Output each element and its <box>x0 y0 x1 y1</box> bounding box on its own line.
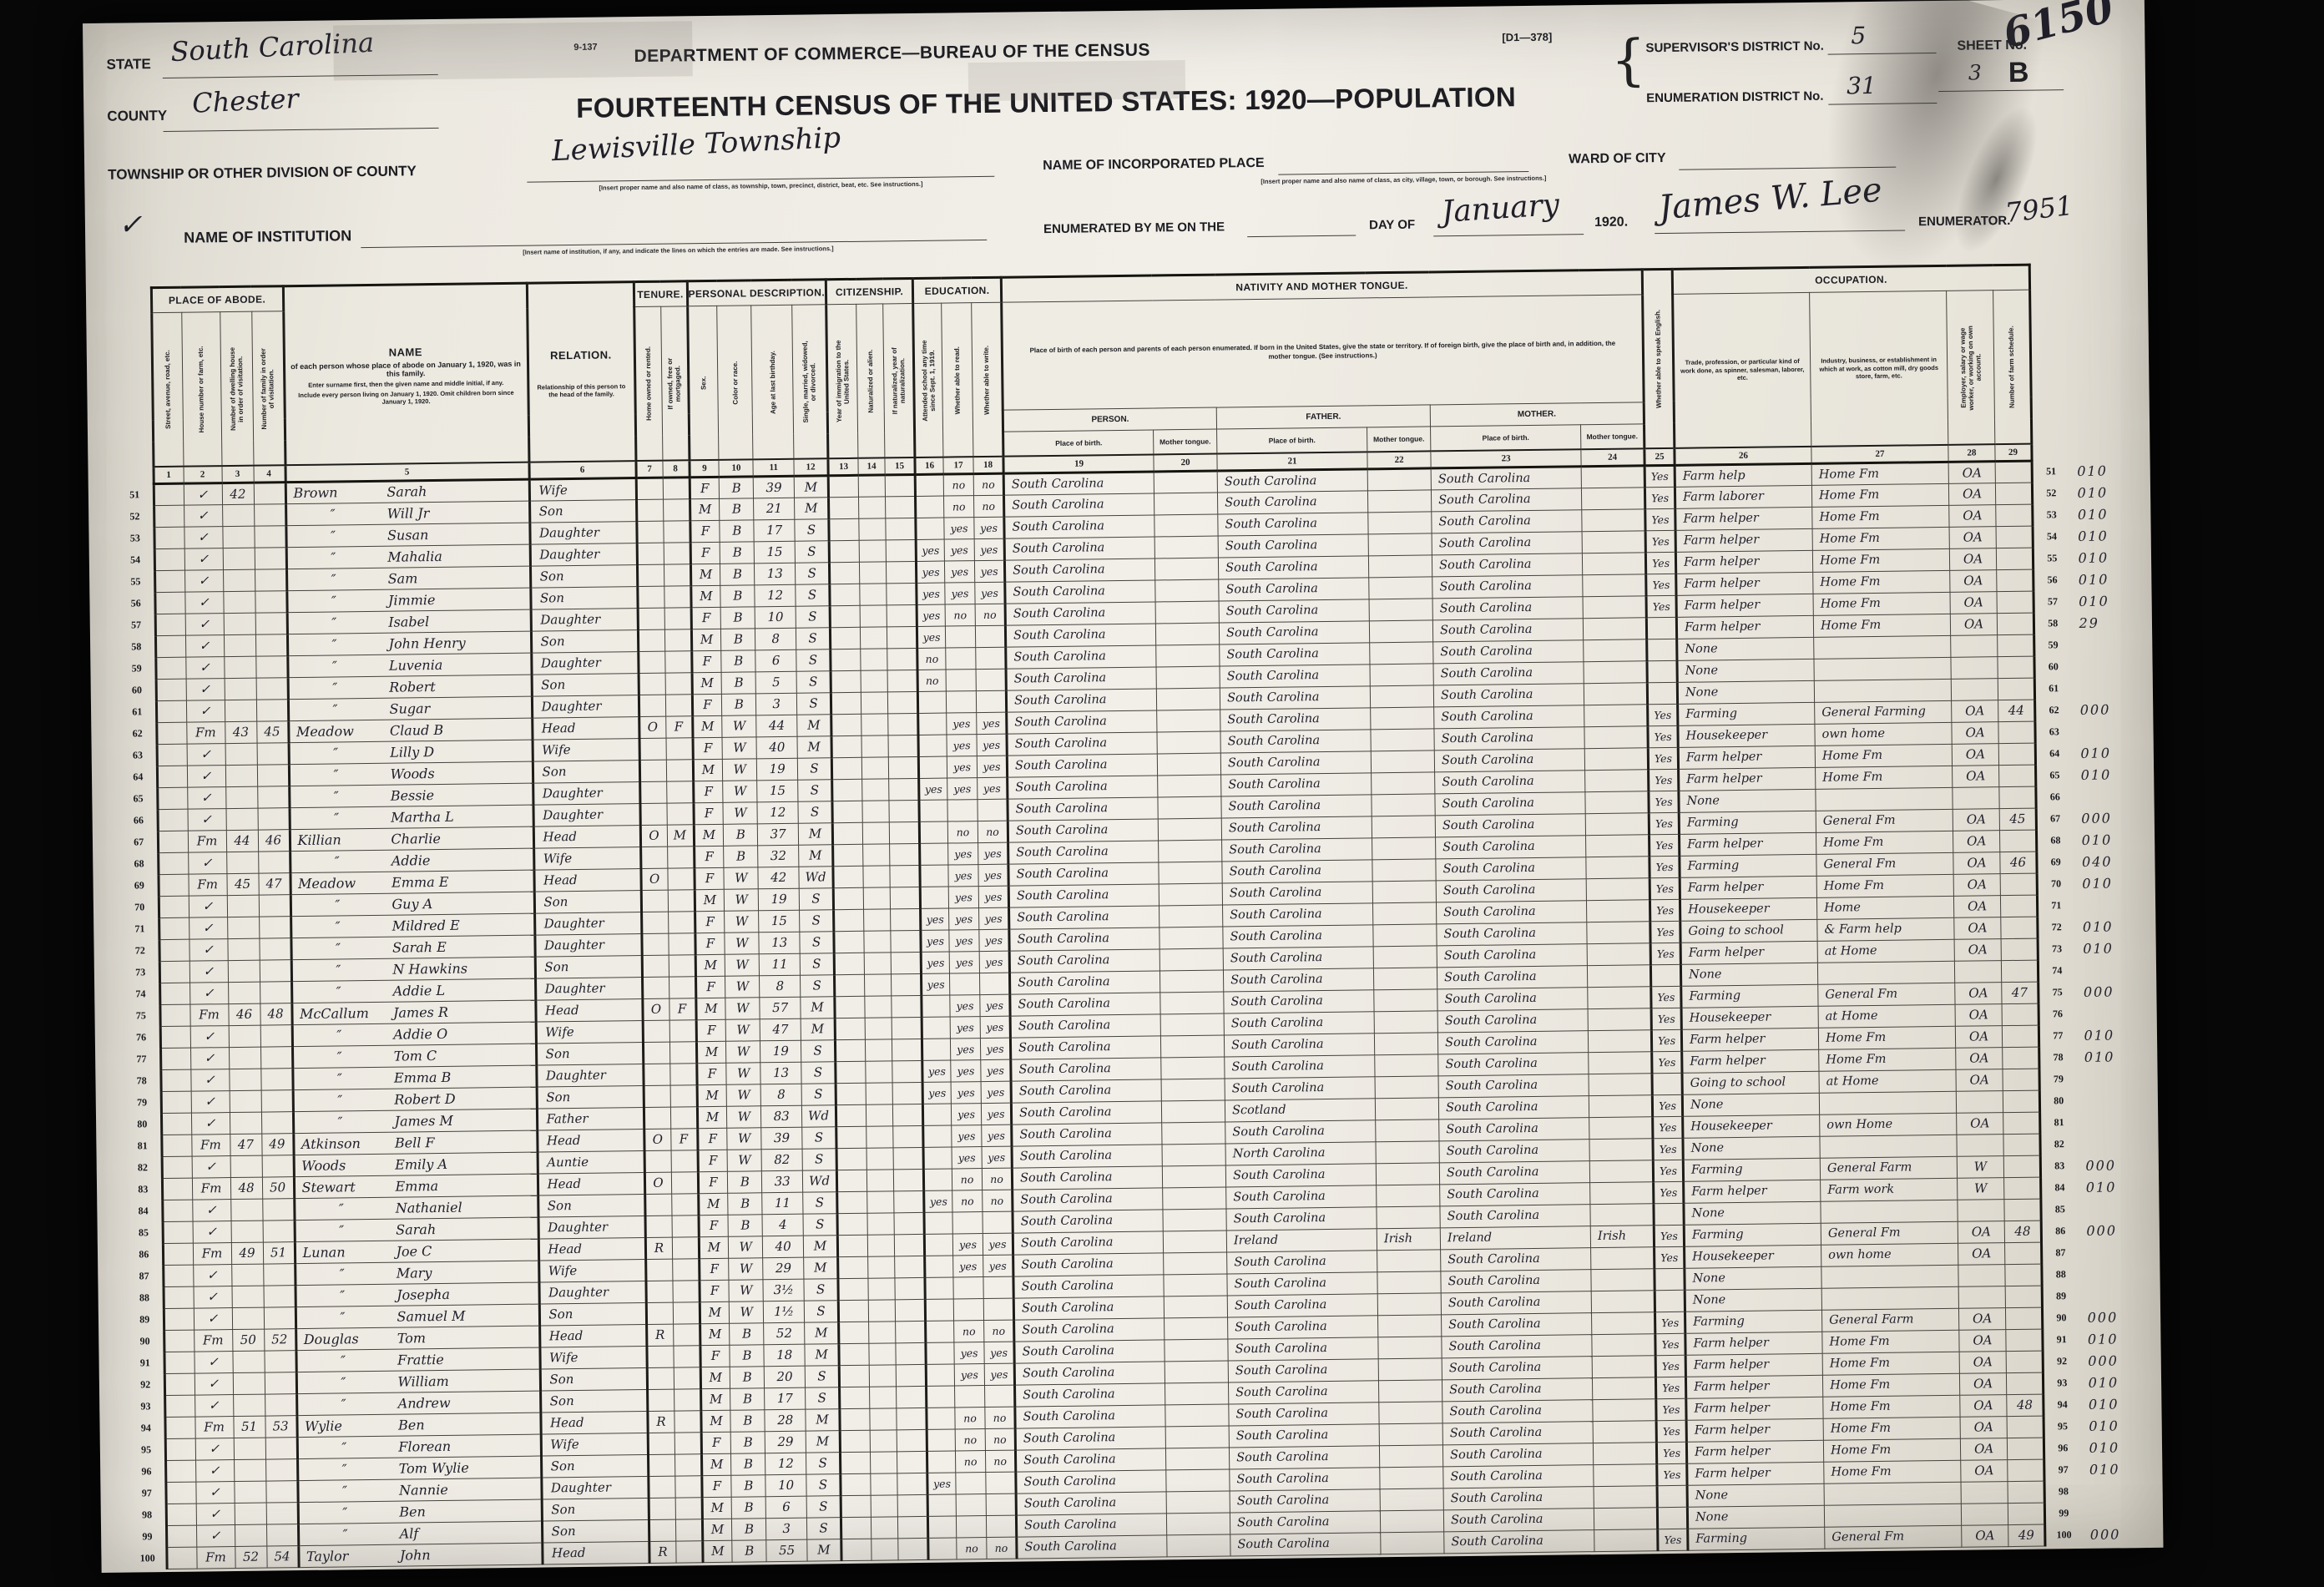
immigration-year <box>836 1104 866 1126</box>
line-number-right: 54 <box>2033 525 2069 548</box>
able-to-write: yes <box>978 886 1008 907</box>
father-birthplace: South Carolina <box>1220 751 1371 774</box>
surname: ″ <box>296 1265 397 1281</box>
naturalized-or-alien <box>868 1256 895 1277</box>
marital-status: S <box>801 1061 836 1083</box>
margin-stamp: 000 <box>2078 1219 2131 1241</box>
col-employment: Employer, salary or wage worker, or work… <box>1947 291 1995 445</box>
person-birthplace: South Carolina <box>1012 1165 1162 1189</box>
dwelling-number <box>222 526 254 548</box>
person-mother-tongue <box>1166 1512 1230 1534</box>
age: 57 <box>760 997 801 1019</box>
margin-stamp: 000 <box>2075 980 2129 1003</box>
sex: F <box>698 1215 728 1236</box>
sex: M <box>695 954 725 976</box>
naturalization-year <box>897 1473 927 1494</box>
sex: F <box>697 1128 727 1150</box>
attended-school <box>927 1515 956 1537</box>
employment-code: OA <box>1962 1524 2008 1547</box>
given-name: Robert <box>389 679 436 695</box>
father-mother-tongue <box>1370 685 1433 707</box>
person-birthplace: South Carolina <box>1010 970 1160 993</box>
employment-code: OA <box>1953 895 2000 917</box>
able-to-read: yes <box>950 1038 980 1059</box>
person-birthplace: South Carolina <box>1006 666 1156 690</box>
able-to-read <box>955 1385 985 1407</box>
mother-mother-tongue <box>1582 508 1645 531</box>
street <box>164 1308 194 1330</box>
marital-status: M <box>804 1256 838 1278</box>
occupation-trade: Farming <box>1679 811 1816 834</box>
father-mother-tongue <box>1370 663 1433 685</box>
marital-status: S <box>806 1387 840 1408</box>
home-owned-rented <box>638 651 664 673</box>
scan-stain-dark <box>1938 95 2054 264</box>
col-family-number: Number of family in order of visitation. <box>251 311 285 466</box>
age: 12 <box>755 584 796 607</box>
father-mother-tongue <box>1371 728 1434 751</box>
free-or-mortgaged <box>664 607 691 629</box>
col-trade: Trade, profession, or particular kind of… <box>1673 292 1811 447</box>
given-name: Charlie <box>391 830 441 847</box>
abode-mark: ✓ <box>193 1264 231 1286</box>
relation: Daughter <box>536 1064 643 1087</box>
age: 1½ <box>764 1301 805 1323</box>
line-number-right: 88 <box>2042 1263 2079 1286</box>
farm-schedule-number <box>2008 1481 2044 1504</box>
immigration-year <box>833 844 863 866</box>
father-mother-tongue <box>1377 1292 1441 1315</box>
speaks-english: Yes <box>1649 769 1679 791</box>
line-number: 82 <box>125 1156 162 1179</box>
col-free-mortgaged: If owned, free or mortgaged. <box>660 306 689 461</box>
free-or-mortgaged <box>671 1150 698 1171</box>
able-to-read: yes <box>949 907 979 929</box>
street <box>165 1460 195 1482</box>
naturalized-or-alien <box>865 1017 892 1039</box>
immigration-year <box>833 887 863 909</box>
free-or-mortgaged <box>667 846 694 867</box>
group-name: NAME of each person whose place of abode… <box>283 283 529 465</box>
sex: F <box>695 911 725 932</box>
attended-school: yes <box>916 539 944 561</box>
employment-code: OA <box>1960 1394 2007 1417</box>
person-name: ″Addie <box>290 848 533 873</box>
name-note-1: of each person whose place of abode on J… <box>290 360 521 379</box>
mother-birthplace: South Carolina <box>1442 1356 1592 1379</box>
mother-mother-tongue <box>1582 552 1645 574</box>
marital-status: S <box>797 757 831 779</box>
mother-birthplace: South Carolina <box>1434 748 1584 771</box>
employment-code: OA <box>1955 1003 2002 1026</box>
relation: Wife <box>529 478 636 501</box>
margin-check-mark: ✓ <box>119 208 143 241</box>
person-name: DouglasTom <box>296 1326 539 1351</box>
table-body: 51✓42BrownSarahWifeFB39MnonoSouth Caroli… <box>117 459 2135 1569</box>
home-owned-rented <box>638 629 664 651</box>
marital-status: S <box>801 1083 836 1104</box>
father-mother-tongue <box>1372 815 1435 837</box>
surname: McCallum <box>293 1004 393 1021</box>
person-birthplace: South Carolina <box>1013 1209 1163 1232</box>
age: 39 <box>761 1127 802 1150</box>
person-birthplace: South Carolina <box>1005 623 1155 646</box>
line-number-right: 91 <box>2043 1328 2079 1351</box>
mother-mother-tongue <box>1581 465 1644 488</box>
relation: Son <box>540 1389 647 1413</box>
employment-code <box>1957 1134 2003 1156</box>
given-name: Lilly D <box>390 744 434 761</box>
mother-birthplace: South Carolina <box>1443 1464 1594 1488</box>
able-to-read: no <box>957 1537 987 1559</box>
father-birthplace: South Carolina <box>1229 1445 1379 1468</box>
line-number: 56 <box>118 592 154 614</box>
age: 13 <box>760 1062 801 1084</box>
color-race: B <box>728 1192 762 1214</box>
immigration-year <box>838 1278 868 1300</box>
naturalization-year <box>895 1256 925 1277</box>
employment-code: OA <box>1961 1459 2008 1482</box>
mother-birthplace: South Carolina <box>1436 835 1586 858</box>
employment-code: OA <box>1956 1047 2003 1069</box>
person-birthplace: South Carolina <box>1011 1057 1161 1080</box>
free-or-mortgaged <box>674 1410 700 1432</box>
father-birthplace: South Carolina <box>1224 1033 1374 1056</box>
color-race: W <box>722 715 756 736</box>
color-race: B <box>720 476 754 498</box>
home-owned-rented <box>643 1020 669 1042</box>
line-number: 59 <box>119 657 155 680</box>
father-birthplace: South Carolina <box>1222 859 1372 882</box>
employment-code: OA <box>1954 938 2001 961</box>
naturalized-or-alien <box>863 843 890 865</box>
employment-code <box>1954 960 2001 983</box>
father-mother-tongue <box>1380 1509 1443 1532</box>
occupation-industry: Farm work <box>1821 1178 1958 1201</box>
subgroup-person: PERSON. <box>1003 407 1216 432</box>
speaks-english: Yes <box>1648 747 1678 769</box>
relation: Wife <box>538 1259 645 1282</box>
attended-school <box>923 1125 952 1147</box>
street <box>160 1048 190 1069</box>
age: 10 <box>765 1474 806 1497</box>
age: 37 <box>758 823 799 846</box>
surname: ″ <box>289 679 389 695</box>
dwelling-number <box>223 569 255 591</box>
relation: Wife <box>533 847 640 870</box>
home-owned-rented <box>639 695 665 716</box>
free-or-mortgaged <box>664 564 690 585</box>
abode-mark: ✓ <box>190 1025 229 1048</box>
sheet-rule <box>1938 89 2064 92</box>
enumeration-district-value: 31 <box>1847 72 1877 99</box>
given-name: Mahalia <box>387 548 442 564</box>
person-mother-tongue <box>1159 905 1223 927</box>
age: 52 <box>764 1322 805 1345</box>
col-age: Age at last birthday. <box>751 305 794 459</box>
surname: ″ <box>292 917 392 934</box>
person-birthplace: South Carolina <box>1013 1274 1164 1297</box>
naturalized-or-alien <box>867 1212 894 1234</box>
sex: F <box>699 1280 729 1301</box>
immigration-year <box>837 1235 867 1256</box>
dwelling-number <box>231 1286 263 1307</box>
person-name: WoodsEmily A <box>294 1152 538 1177</box>
relation-note: Relationship of this person to the head … <box>536 382 627 398</box>
naturalized-or-alien <box>871 1494 897 1516</box>
given-name: James M <box>394 1112 453 1129</box>
margin-stamp: 010 <box>2076 1045 2129 1068</box>
mother-mother-tongue <box>1586 856 1650 878</box>
naturalization-year <box>886 518 916 539</box>
occupation-trade: Farming <box>1688 1527 1825 1550</box>
person-name: ″Nathaniel <box>294 1195 538 1221</box>
occupation-trade: Going to school <box>1680 919 1817 943</box>
speaks-english: Yes <box>1656 1420 1686 1442</box>
father-birthplace: South Carolina <box>1225 1119 1376 1143</box>
occupation-trade: Housekeeper <box>1681 1006 1818 1029</box>
line-number: 51 <box>117 483 154 506</box>
person-mother-tongue <box>1160 992 1224 1014</box>
person-birthplace: South Carolina <box>1004 493 1154 516</box>
free-or-mortgaged <box>664 629 691 650</box>
mother-mother-tongue <box>1594 1507 1657 1529</box>
color-race: W <box>725 997 760 1018</box>
person-name: ″Robert D <box>293 1087 537 1112</box>
person-mother-tongue <box>1159 927 1223 949</box>
person-birthplace: South Carolina <box>1010 1013 1160 1037</box>
naturalization-year <box>888 756 918 778</box>
street <box>161 1113 191 1135</box>
attended-school <box>925 1255 953 1276</box>
speaks-english: Yes <box>1651 1029 1681 1051</box>
relation: Auntie <box>538 1150 644 1174</box>
marital-status: S <box>796 670 831 692</box>
immigration-year <box>831 757 861 779</box>
line-number-right: 67 <box>2036 807 2073 830</box>
mother-mother-tongue <box>1592 1333 1655 1356</box>
marital-status: M <box>799 844 833 866</box>
line-number-right: 53 <box>2033 503 2069 526</box>
margin-stamp <box>2072 720 2125 742</box>
person-birthplace: South Carolina <box>1013 1187 1163 1210</box>
family-number <box>257 764 289 786</box>
home-owned-rented <box>639 738 666 760</box>
person-name: ″William <box>296 1369 540 1394</box>
farm-schedule-number: 44 <box>1998 700 2035 722</box>
person-mother-tongue <box>1156 666 1220 689</box>
color-race: B <box>731 1431 765 1453</box>
given-name: Luvenia <box>389 656 443 673</box>
father-birthplace: South Carolina <box>1229 1380 1379 1403</box>
surname: ″ <box>290 766 390 782</box>
able-to-write: yes <box>979 907 1009 929</box>
naturalized-or-alien <box>869 1321 896 1342</box>
father-birthplace: South Carolina <box>1220 642 1370 665</box>
color-race: B <box>730 1409 765 1431</box>
color-race: W <box>723 780 757 801</box>
age: 12 <box>757 801 798 824</box>
speaks-english: Yes <box>1650 943 1680 964</box>
sex: M <box>692 672 722 694</box>
free-or-mortgaged <box>665 694 692 715</box>
given-name: Robert D <box>394 1090 456 1107</box>
color-race: W <box>729 1257 763 1279</box>
farm-schedule-number <box>2003 1069 2039 1091</box>
given-name: Addie L <box>393 982 446 998</box>
relation: Father <box>537 1107 644 1130</box>
immigration-year <box>835 996 865 1018</box>
occupation-industry: at Home <box>1817 939 1954 963</box>
abode-mark: Fm <box>188 830 226 852</box>
surname: ″ <box>296 1221 396 1238</box>
home-owned-rented <box>644 1150 671 1172</box>
person-birthplace: South Carolina <box>1008 862 1159 885</box>
father-mother-tongue <box>1368 511 1432 533</box>
surname: ″ <box>290 744 390 761</box>
occupation-industry: General Farming <box>1815 700 1952 724</box>
naturalized-or-alien <box>859 539 886 561</box>
marital-status: Wd <box>801 1104 836 1126</box>
line-number: 80 <box>124 1113 161 1135</box>
family-number: 47 <box>258 872 290 894</box>
employment-code: OA <box>1959 1351 2006 1373</box>
farm-schedule-number <box>1995 461 2032 483</box>
line-number: 74 <box>123 983 159 1005</box>
relation: Head <box>533 868 640 892</box>
farm-schedule-number <box>2001 938 2038 961</box>
able-to-write: yes <box>981 1103 1011 1125</box>
abode-mark: ✓ <box>193 1286 231 1308</box>
speaks-english: Yes <box>1656 1398 1686 1420</box>
speaks-english: Yes <box>1645 552 1675 574</box>
dwelling-number <box>223 548 255 569</box>
ward-label: WARD OF CITY <box>1569 151 1666 167</box>
marital-status: S <box>800 931 834 953</box>
farm-schedule-number <box>2000 895 2037 917</box>
father-birthplace: North Carolina <box>1225 1141 1376 1165</box>
free-or-mortgaged <box>673 1323 700 1345</box>
surname: Meadow <box>290 722 390 739</box>
occupation-industry: General Farm <box>1822 1308 1959 1332</box>
abode-mark: ✓ <box>189 917 227 939</box>
father-mother-tongue <box>1377 1271 1441 1293</box>
person-mother-tongue <box>1165 1360 1228 1382</box>
age: 20 <box>765 1366 806 1388</box>
margin-stamp: 010 <box>2079 1371 2133 1393</box>
attended-school <box>922 995 950 1017</box>
free-or-mortgaged <box>674 1475 701 1497</box>
line-number-right: 93 <box>2043 1372 2079 1394</box>
col-home-owned: Home owned or rented. <box>634 306 662 461</box>
person-mother-tongue <box>1165 1317 1228 1339</box>
mother-mother-tongue <box>1581 487 1644 509</box>
family-number <box>254 482 285 503</box>
dwelling-number <box>230 1112 261 1134</box>
abode-mark: Fm <box>193 1242 231 1265</box>
person-mother-tongue <box>1159 840 1222 862</box>
mother-birthplace: South Carolina <box>1441 1269 1591 1292</box>
occupation-industry <box>1817 961 1954 984</box>
speaks-english: Yes <box>1645 508 1675 530</box>
father-birthplace: South Carolina <box>1225 1163 1376 1186</box>
father-mother-tongue <box>1373 923 1437 946</box>
father-birthplace: Scotland <box>1225 1098 1375 1121</box>
able-to-write: no <box>974 495 1004 517</box>
attended-school: yes <box>927 1472 956 1493</box>
street <box>156 722 186 744</box>
mother-mother-tongue <box>1589 1138 1653 1160</box>
father-birthplace: South Carolina <box>1225 1076 1375 1099</box>
plate-number: [D1—378] <box>1502 31 1552 44</box>
naturalization-year <box>895 1299 925 1321</box>
age: 19 <box>757 758 798 781</box>
relation: Son <box>542 1519 649 1543</box>
occupation-industry: own Home <box>1820 1113 1957 1136</box>
farm-schedule-number: 48 <box>2007 1394 2044 1417</box>
abode-mark: Fm <box>195 1416 233 1438</box>
group-relation: RELATION. Relationship of this person to… <box>527 282 636 462</box>
family-number <box>265 1393 296 1415</box>
occupation-trade: Farm helper <box>1676 594 1813 617</box>
home-owned-rented <box>648 1433 674 1454</box>
sex: F <box>694 846 724 867</box>
family-number <box>257 742 289 764</box>
mother-mother-tongue <box>1587 964 1650 987</box>
mother-mother-tongue <box>1590 1203 1654 1226</box>
marital-status: Wd <box>802 1170 836 1191</box>
surname: ″ <box>288 570 388 587</box>
speaks-english <box>1646 617 1676 639</box>
speaks-english: Yes <box>1652 1051 1682 1073</box>
able-to-read: no <box>952 1168 982 1190</box>
line-number-right: 80 <box>2039 1089 2076 1112</box>
home-owned-rented: O <box>639 716 665 738</box>
given-name: Florean <box>398 1438 451 1454</box>
free-or-mortgaged <box>671 1193 698 1215</box>
relation: Son <box>541 1454 648 1478</box>
col-street: Street, avenue, road, etc. <box>151 312 183 467</box>
employment-code <box>1961 1481 2008 1504</box>
family-number <box>257 786 289 807</box>
line-number-right: 100 <box>2045 1524 2082 1546</box>
margin-stamp <box>2071 676 2124 699</box>
color-race: W <box>726 1040 760 1062</box>
attended-school <box>928 1537 957 1559</box>
given-name: Addie <box>392 852 431 869</box>
person-mother-tongue <box>1162 1144 1225 1166</box>
abode-mark: ✓ <box>192 1199 230 1221</box>
naturalized-or-alien <box>867 1234 894 1256</box>
employment-code: OA <box>1952 721 1998 744</box>
occupation-industry <box>1821 1200 1958 1223</box>
naturalized-or-alien <box>861 691 887 713</box>
dwelling-number <box>223 591 255 613</box>
farm-schedule-number <box>2003 1155 2040 1178</box>
able-to-read: yes <box>953 1255 983 1276</box>
father-mother-tongue <box>1372 858 1436 881</box>
line-number: 70 <box>122 896 159 918</box>
given-name: Nannie <box>399 1481 448 1498</box>
color-race: B <box>720 584 755 606</box>
line-number-right: 99 <box>2044 1502 2081 1524</box>
able-to-read: no <box>947 821 978 842</box>
occupation-trade: None <box>1683 1136 1820 1160</box>
given-name: Sarah E <box>392 938 447 955</box>
family-number <box>259 938 290 959</box>
relation: Son <box>529 499 636 523</box>
father-mother-tongue <box>1372 771 1435 794</box>
